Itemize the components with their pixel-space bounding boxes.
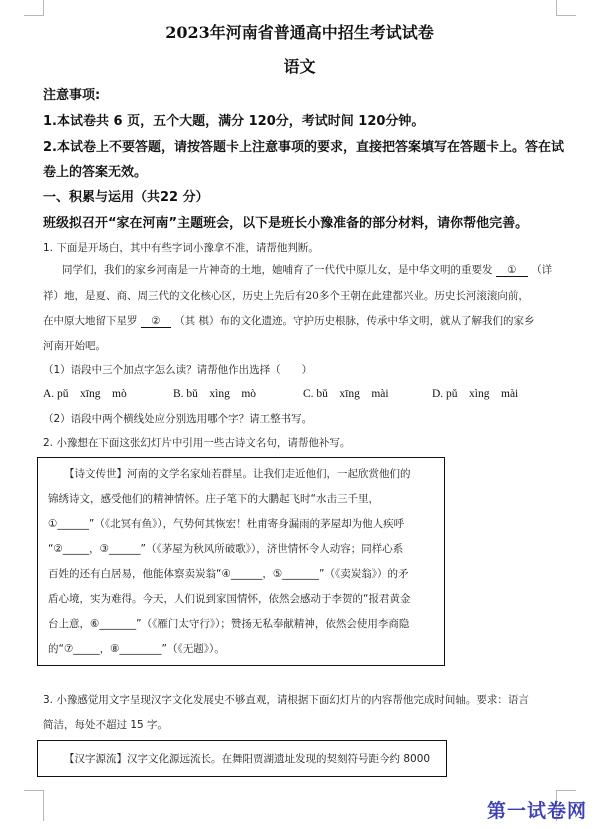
option-b[interactable]: B. bǔ xìng mò bbox=[173, 385, 256, 401]
passage-text: （详 bbox=[531, 264, 552, 276]
slide-line: 【汉字源流】汉字文化源远流长。在舞阳贾湖遗址发现的契刻符号距今约 8000 bbox=[64, 751, 430, 766]
notice-heading: 注意事项: bbox=[43, 84, 100, 103]
watermark-logo: 第一试卷网 bbox=[487, 796, 587, 823]
page-corner-mark-top-right bbox=[556, 0, 576, 16]
option-a[interactable]: A. pǔ xīng mò bbox=[43, 385, 127, 401]
q1-passage-line-2: 祥）地，是夏、商、周三代的文化核心区，历史上先后有20多个王朝在此建都兴业。历史… bbox=[43, 288, 529, 303]
q3-prompt-line-1: 3. 小豫感觉用文字呈现汉字文化发展史不够直观，请根据下面幻灯片的内容帮他完成时… bbox=[43, 692, 529, 707]
passage-text: 同学们，我们的家乡河南是一片神奇的土地，她哺育了一代代中原儿女，是中华文明的重要… bbox=[62, 264, 493, 276]
q1-prompt: 1. 下面是开场白，其中有些字词小豫拿不准，请帮他判断。 bbox=[43, 240, 319, 255]
slide-line: 百姓的还有白居易，他能体察卖炭翁“④______，⑤_______”（《卖炭翁》… bbox=[48, 566, 408, 581]
slide-line: “②_____，③______”（《茅屋为秋风所破歌》），济世情怀令人动容；同样… bbox=[48, 541, 403, 556]
notice-item-2: 2.本试卷上不要答题，请按答题卡上注意事项的要求，直接把答案填写在答题卡上。答在… bbox=[43, 136, 564, 155]
q1-passage-line-1: 同学们，我们的家乡河南是一片神奇的土地，她哺育了一代代中原儿女，是中华文明的重要… bbox=[62, 262, 552, 277]
page-corner-mark-bottom-left bbox=[24, 790, 44, 821]
exam-title: 2023年河南省普通高中招生考试试卷 bbox=[0, 20, 599, 43]
q1-sub-question-1: （1）语段中三个加点字怎么读？请帮他作出选择（ ） bbox=[43, 362, 312, 377]
slide-box-poetry: 【诗文传世】河南的文学名家灿若群星。让我们走近他们，一起欣赏他们的 锦绣诗文，感… bbox=[37, 457, 445, 666]
page-corner-mark-top-left bbox=[24, 0, 44, 16]
section-1-intro: 班级拟召开“家在河南”主题班会，以下是班长小豫准备的部分材料，请你帮他完善。 bbox=[43, 212, 528, 231]
exam-subject: 语文 bbox=[0, 54, 599, 77]
slide-line: 盾心境，实为难得。今天，人们说到家国情怀，依然会感动于李贺的“报君黄金 bbox=[48, 591, 410, 606]
q1-sub-question-2: （2）语段中两个横线处应分别选用哪个字？请工整书写。 bbox=[43, 411, 312, 426]
blank-2: ② bbox=[141, 315, 171, 328]
slide-line: ①______”（《北冥有鱼》），气势何其恢宏！杜甫寄身漏雨的茅屋却为他人疾呼 bbox=[48, 516, 404, 531]
slide-line: 锦绣诗文，感受他们的精神情怀。庄子笔下的大鹏起飞时“水击三千里， bbox=[48, 491, 379, 506]
section-1-heading: 一、积累与运用（共22 分） bbox=[43, 186, 209, 205]
q3-prompt-line-2: 简洁，每处不超过 15 字。 bbox=[43, 717, 168, 732]
blank-1: ① bbox=[496, 264, 528, 277]
option-d[interactable]: D. pǔ xìng mài bbox=[432, 385, 518, 401]
slide-box-characters: 【汉字源流】汉字文化源远流长。在舞阳贾湖遗址发现的契刻符号距今约 8000 bbox=[37, 740, 447, 777]
q1-passage-line-4: 河南开始吧。 bbox=[43, 338, 106, 353]
slide-line: 的“⑦_____，⑧________”（《无题》）。 bbox=[48, 641, 225, 656]
notice-item-2-cont: 卷上的答案无效。 bbox=[43, 161, 147, 180]
q1-passage-line-3: 在中原大地留下星罗 ② （其 棋）布的文化遗迹。守护历史根脉，传承中华文明，就从… bbox=[43, 313, 535, 328]
slide-line: 台上意，⑥_______”（《雁门太守行》）；赞扬无私奉献精神，依然会使用李商隐 bbox=[48, 616, 409, 631]
q2-prompt: 2. 小豫想在下面这张幻灯片中引用一些古诗文名句，请帮他补写。 bbox=[43, 435, 350, 450]
option-c[interactable]: C. bǔ xīng mài bbox=[303, 385, 389, 401]
passage-text: （其 棋）布的文化遗迹。守护历史根脉，传承中华文明，就从了解我们的家乡 bbox=[174, 315, 534, 327]
passage-text: 在中原大地留下星罗 bbox=[43, 315, 138, 327]
notice-item-1: 1.本试卷共 6 页，五个大题，满分 120分，考试时间 120分钟。 bbox=[43, 110, 424, 129]
slide-line: 【诗文传世】河南的文学名家灿若群星。让我们走近他们，一起欣赏他们的 bbox=[64, 466, 411, 481]
